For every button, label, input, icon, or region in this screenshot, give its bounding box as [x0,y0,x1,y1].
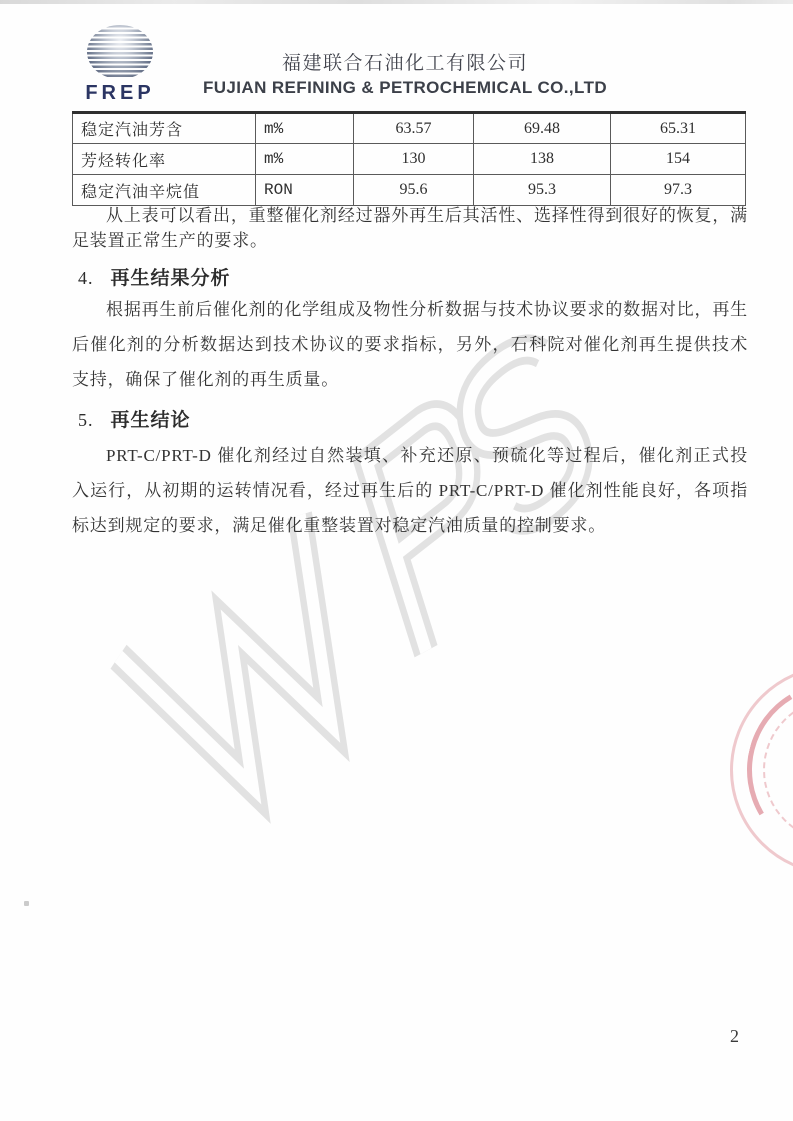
table-row: 稳定汽油辛烷值 RON 95.6 95.3 97.3 [73,175,746,206]
value-cell: 130 [354,144,474,175]
paragraph-table-summary: 从上表可以看出，重整催化剂经过器外再生后其活性、选择性得到很好的恢复，满足装置正… [72,203,748,253]
section-heading-5: 5.再生结论 [78,405,191,432]
value-cell: 95.3 [474,175,611,206]
scan-edge-artifact [0,0,793,4]
row-label: 稳定汽油辛烷值 [73,175,256,206]
paragraph-regeneration-conclusion: PRT-C/PRT-D 催化剂经过自然装填、补充还原、预硫化等过程后，催化剂正式… [72,438,748,543]
page-number: 2 [730,1026,739,1047]
analysis-results-table: 稳定汽油芳含 m% 63.57 69.48 65.31 芳烃转化率 m% 130… [72,111,746,206]
unit-cell: m% [256,144,354,175]
value-cell: 63.57 [354,113,474,144]
company-name-chinese: 福建联合石油化工有限公司 [20,48,790,75]
table-row: 芳烃转化率 m% 130 138 154 [73,144,746,175]
document-page: FREP 福建联合石油化工有限公司 FUJIAN REFINING & PETR… [0,0,793,1121]
table-row: 稳定汽油芳含 m% 63.57 69.48 65.31 [73,113,746,144]
scan-speck-artifact [24,901,29,906]
section-title: 再生结论 [111,410,191,431]
value-cell: 65.31 [611,113,746,144]
unit-cell: RON [256,175,354,206]
row-label: 芳烃转化率 [73,144,256,175]
unit-cell: m% [256,113,354,144]
value-cell: 138 [474,144,611,175]
value-cell: 97.3 [611,175,746,206]
value-cell: 95.6 [354,175,474,206]
section-title: 再生结果分析 [111,268,231,289]
section-heading-4: 4.再生结果分析 [78,263,231,290]
section-number: 4. [78,268,94,288]
company-header: 福建联合石油化工有限公司 FUJIAN REFINING & PETROCHEM… [20,48,790,98]
paragraph-regeneration-analysis: 根据再生前后催化剂的化学组成及物性分析数据与技术协议要求的数据对比，再生后催化剂… [72,292,748,397]
value-cell: 154 [611,144,746,175]
value-cell: 69.48 [474,113,611,144]
section-number: 5. [78,410,94,430]
row-label: 稳定汽油芳含 [73,113,256,144]
company-name-english: FUJIAN REFINING & PETROCHEMICAL CO.,LTD [20,78,790,98]
